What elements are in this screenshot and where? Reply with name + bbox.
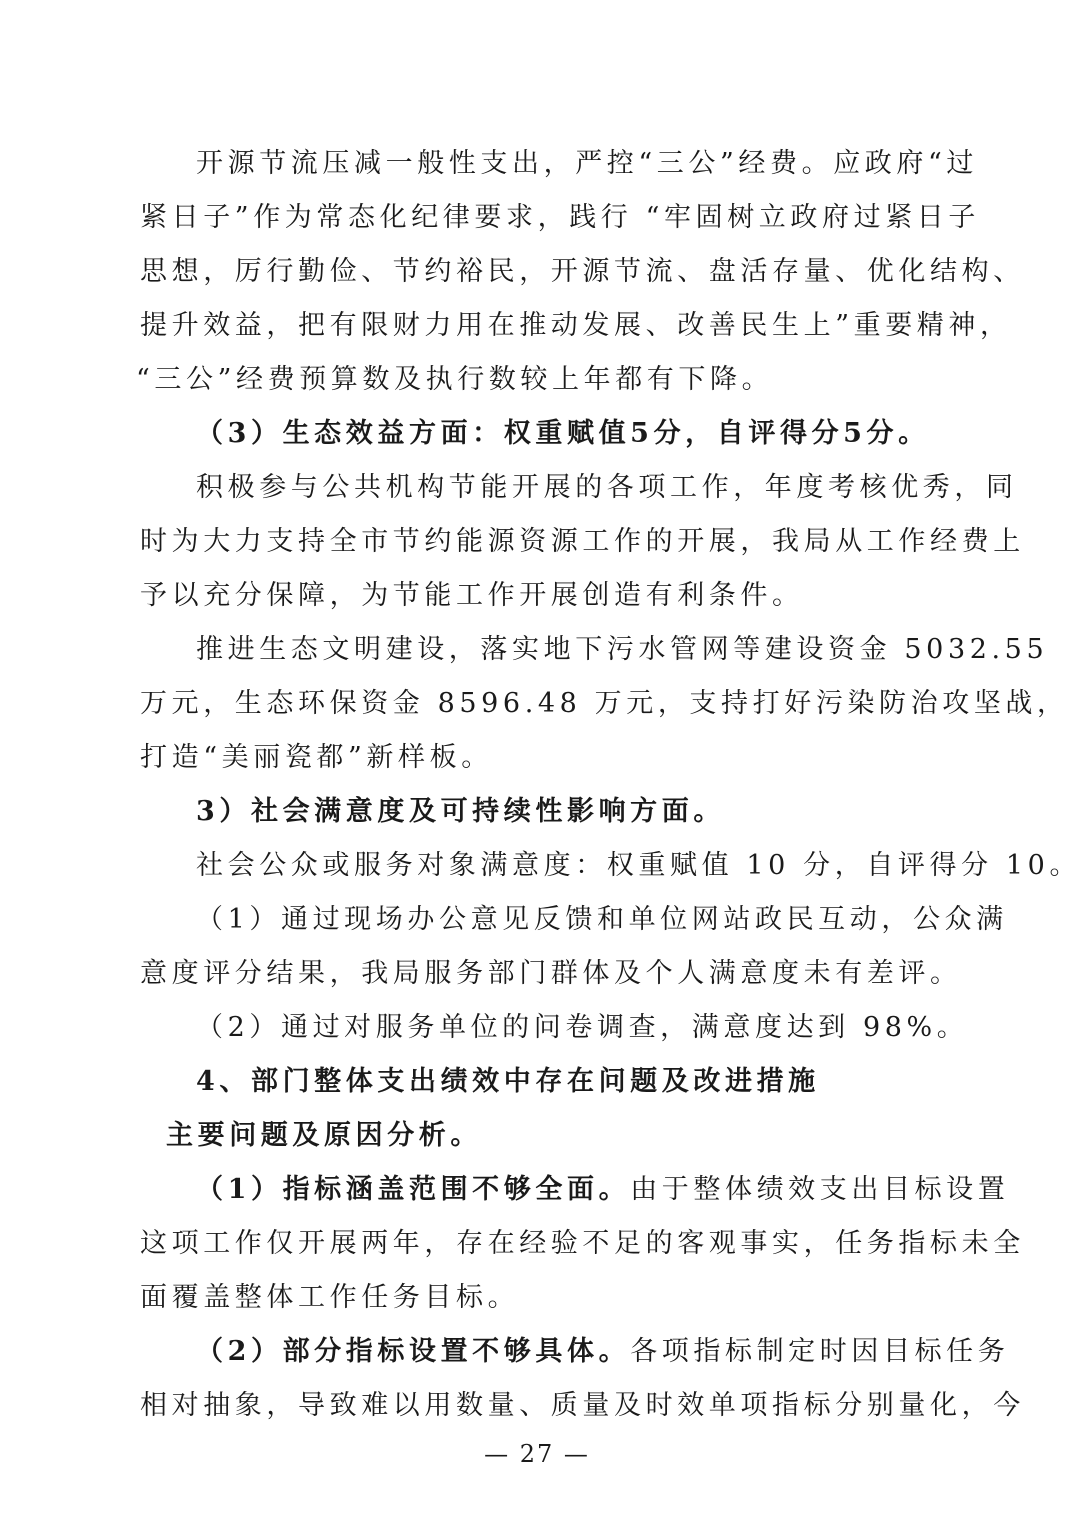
body-text-line: 提升效益，把有限财力用在推动发展、改善民生上”重要精神， [140,308,940,344]
body-text-line: （1）指标涵盖范围不够全面。由于整体绩效支出目标设置 [196,1172,996,1208]
body-text-line: 积极参与公共机构节能开展的各项工作，年度考核优秀，同 [196,470,996,506]
bold-lead: （2）部分指标设置不够具体。 [196,1336,630,1367]
bold-lead: （1）指标涵盖范围不够全面。 [196,1174,630,1205]
body-text-line: 打造“美丽瓷都”新样板。 [140,740,940,776]
body-text-line: 推进生态文明建设，落实地下污水管网等建设资金 5032.55 [196,632,996,668]
body-text-line: 紧日子”作为常态化纪律要求，践行 “牢固树立政府过紧日子 [140,200,940,236]
page-number: — 27 — [0,1440,1074,1468]
body-text: 各项指标制定时因目标任务 [630,1336,1009,1367]
body-text-line: 万元，生态环保资金 8596.48 万元，支持打好污染防治攻坚战， [140,686,940,722]
body-text-line: 时为大力支持全市节约能源资源工作的开展，我局从工作经费上 [140,524,940,560]
body-text-line: “三公”经费预算数及执行数较上年都有下降。 [136,362,936,398]
section-heading: 主要问题及原因分析。 [166,1118,966,1154]
body-text-line: （2）通过对服务单位的问卷调查，满意度达到 98%。 [196,1010,996,1046]
body-text-line: 开源节流压减一般性支出，严控“三公”经费。应政府“过 [196,146,996,182]
body-text-line: （2）部分指标设置不够具体。各项指标制定时因目标任务 [196,1334,996,1370]
section-heading: （3）生态效益方面：权重赋值5分，自评得分5分。 [196,416,996,452]
section-heading: 3）社会满意度及可持续性影响方面。 [196,794,996,830]
body-text-line: （1）通过现场办公意见反馈和单位网站政民互动，公众满 [196,902,996,938]
body-text-line: 相对抽象，导致难以用数量、质量及时效单项指标分别量化，今 [140,1388,940,1424]
section-heading: 4、部门整体支出绩效中存在问题及改进措施 [196,1064,996,1100]
body-text-line: 思想，厉行勤俭、节约裕民，开源节流、盘活存量、优化结构、 [140,254,940,290]
body-text-line: 这项工作仅开展两年，存在经验不足的客观事实，任务指标未全 [140,1226,940,1262]
body-text-line: 予以充分保障，为节能工作开展创造有利条件。 [140,578,940,614]
body-text-line: 面覆盖整体工作任务目标。 [140,1280,940,1316]
body-text-line: 社会公众或服务对象满意度：权重赋值 10 分，自评得分 10。 [196,848,996,884]
body-text-line: 意度评分结果，我局服务部门群体及个人满意度未有差评。 [140,956,940,992]
body-text: 由于整体绩效支出目标设置 [630,1174,1009,1205]
